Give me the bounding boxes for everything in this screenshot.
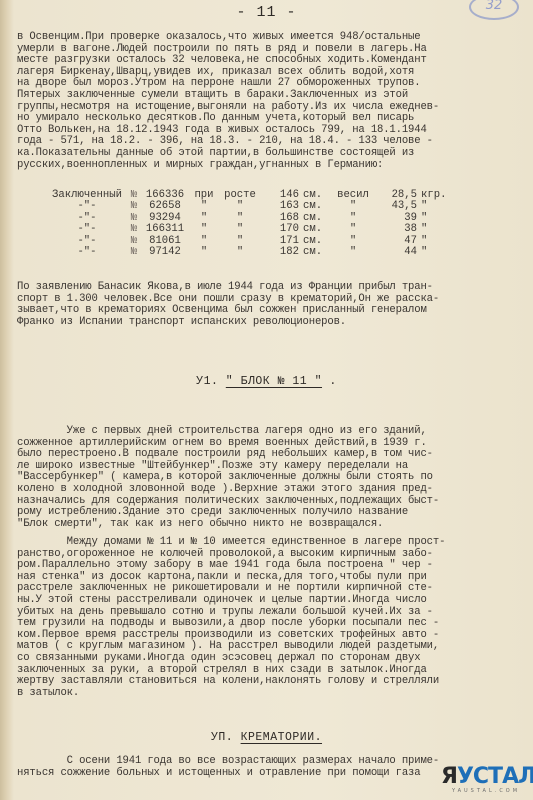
section-number: УП. bbox=[211, 731, 233, 744]
cell-rost: " bbox=[219, 247, 261, 258]
cell-ves: " bbox=[329, 247, 377, 258]
paragraph-banasik-testimony: По заявлению Банасик Якова,в июле 1944 г… bbox=[17, 282, 517, 328]
page-number: - 11 - bbox=[0, 4, 533, 21]
text-line: ны.У этой стены расстреливали одиночек и… bbox=[17, 595, 517, 607]
paragraph-block-11-description: Уже с первых дней строительства лагеря о… bbox=[17, 426, 517, 530]
paragraph-arrival-report: в Освенцим.При проверке оказалось,что жи… bbox=[17, 32, 517, 171]
cell-pri: " bbox=[189, 224, 219, 235]
text-line: в Освенцим.При проверке оказалось,что жи… bbox=[17, 32, 517, 44]
section-suffix: . bbox=[329, 375, 336, 388]
cell-no: № bbox=[127, 224, 141, 235]
cell-unit: " bbox=[421, 224, 451, 235]
text-line: "Блок смерти", так как из него обычно ни… bbox=[17, 519, 517, 531]
cell-weight: 44 bbox=[377, 247, 421, 258]
text-line: Уже с первых дней строительства лагеря о… bbox=[17, 426, 517, 438]
text-line: но умирало несколько десятков.По данным … bbox=[17, 113, 517, 125]
section-heading-crematoria: УП. КРЕМАТОРИИ. bbox=[0, 731, 533, 744]
text-line: тем грузили на подводы и вывозили,а двор… bbox=[17, 618, 517, 630]
table-row: -"-№62658""163см."43,5" bbox=[47, 201, 451, 212]
cell-number: 97142 bbox=[141, 247, 189, 258]
text-line: колено в холодной зловонной воде ).Верхн… bbox=[17, 484, 517, 496]
cell-weight: 38 bbox=[377, 224, 421, 235]
text-line: со связанными руками.Иногда один эсэсове… bbox=[17, 653, 517, 665]
cell-cm: см. bbox=[303, 224, 329, 235]
cell-number: 166311 bbox=[141, 224, 189, 235]
text-line: русских,военнопленных и мирных граждан,у… bbox=[17, 160, 517, 172]
watermark-url: YAUSTAL.COM bbox=[441, 788, 531, 794]
table-row: -"-№97142""182см."44" bbox=[47, 247, 451, 258]
section-heading-block-11: У1. " БЛОК № 11 " . bbox=[0, 375, 533, 388]
cell-label: -"- bbox=[47, 224, 127, 235]
site-watermark: ЯУСТАЛ YAUSTAL.COM bbox=[441, 766, 531, 794]
cell-height: 182 bbox=[261, 247, 303, 258]
text-line: По заявлению Банасик Якова,в июле 1944 г… bbox=[17, 282, 517, 294]
text-line: рому истреблению.Здание это среди заключ… bbox=[17, 507, 517, 519]
document-page: - 11 - 32 в Освенцим.При проверке оказал… bbox=[0, 0, 533, 800]
table-row: Заключенный№166336приросте146см.весил28,… bbox=[47, 190, 451, 201]
section-title: КРЕМАТОРИИ. bbox=[241, 731, 322, 744]
prisoner-table: Заключенный№166336приросте146см.весил28,… bbox=[47, 190, 451, 258]
cell-ves: " bbox=[329, 224, 377, 235]
cell-height: 170 bbox=[261, 224, 303, 235]
table-row: -"-№81061""171см."47" bbox=[47, 236, 451, 247]
cell-label: -"- bbox=[47, 247, 127, 258]
text-line: Франко из Испании транспорт испанских ре… bbox=[17, 317, 517, 329]
cell-rost: " bbox=[219, 224, 261, 235]
text-line: Пятерых заключенные сумели втащить в бар… bbox=[17, 90, 517, 102]
watermark-logo: ЯУСТАЛ bbox=[441, 766, 531, 788]
cell-pri: " bbox=[189, 247, 219, 258]
cell-unit: " bbox=[421, 247, 451, 258]
paragraph-black-wall: Между домами № 11 и № 10 имеется единств… bbox=[17, 537, 517, 699]
text-line: Между домами № 11 и № 10 имеется единств… bbox=[17, 537, 517, 549]
cell-cm: см. bbox=[303, 247, 329, 258]
table-row: -"-№93294""168см."39" bbox=[47, 213, 451, 224]
text-line: в затылок. bbox=[17, 688, 517, 700]
cell-no: № bbox=[127, 247, 141, 258]
text-line: жертву заставляли становиться на колени,… bbox=[17, 676, 517, 688]
table-row: -"-№166311""170см."38" bbox=[47, 224, 451, 235]
section-number: У1. bbox=[196, 375, 218, 388]
text-line: ка.Показательны данные об этой партии,в … bbox=[17, 148, 517, 160]
section-title: " БЛОК № 11 " bbox=[226, 375, 322, 388]
